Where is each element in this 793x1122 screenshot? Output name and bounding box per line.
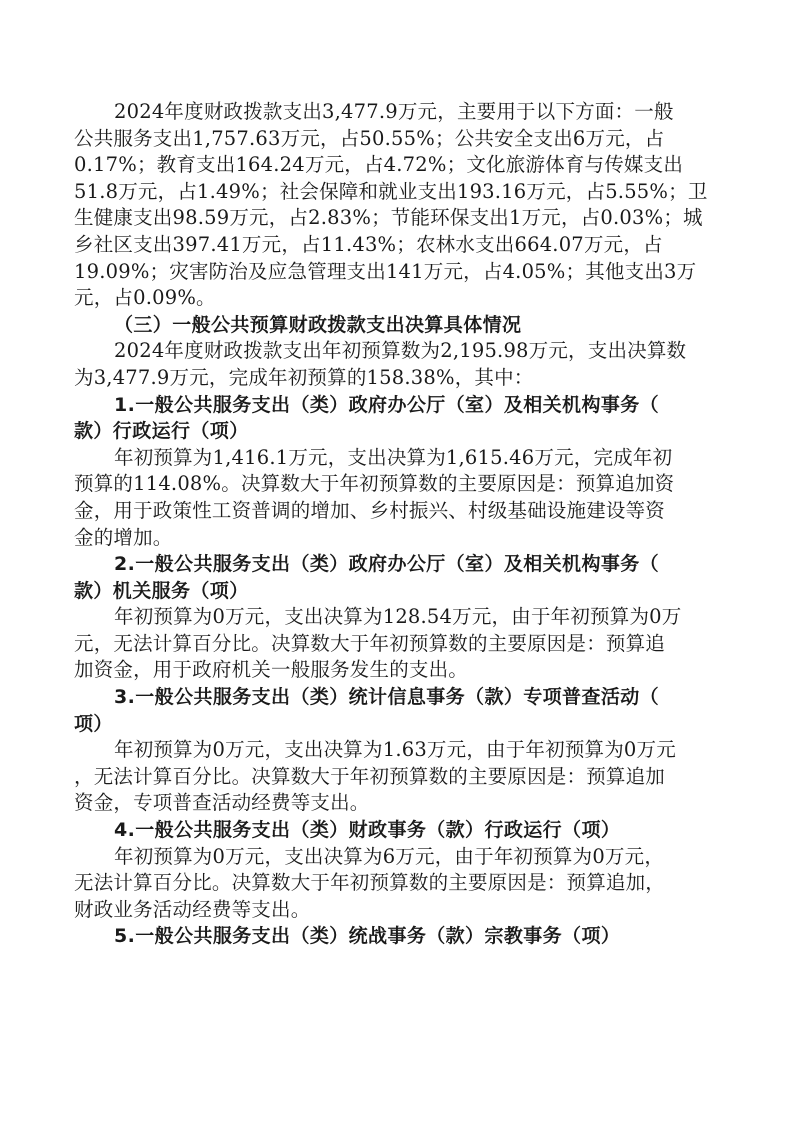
- text-line: 无法计算百分比。决算数大于年初预算数的主要原因是：预算追加，: [74, 870, 714, 897]
- text-line: 资金，专项普查活动经费等支出。: [74, 790, 714, 817]
- item-title: 4.一般公共服务支出（类）财政事务（款）行政运行（项）: [74, 817, 714, 844]
- section-intro-paragraph: 2024年度财政拨款支出年初预算数为2,195.98万元，支出决算数 为3,47…: [74, 338, 714, 391]
- text-line: 公共服务支出1,757.63万元，占50.55%；公共安全支出6万元，占: [74, 126, 714, 153]
- expenditure-item-2: 2.一般公共服务支出（类）政府办公厅（室）及相关机构事务（ 款）机关服务（项） …: [74, 551, 714, 684]
- text-line: 金的增加。: [74, 525, 714, 552]
- text-line: 乡社区支出397.41万元，占11.43%；农林水支出664.07万元，占: [74, 232, 714, 259]
- text-line: 为3,477.9万元，完成年初预算的158.38%，其中：: [74, 365, 714, 392]
- item-title: 3.一般公共服务支出（类）统计信息事务（款）专项普查活动（: [74, 684, 714, 711]
- item-title: 款）行政运行（项）: [74, 418, 714, 445]
- expenditure-item-1: 1.一般公共服务支出（类）政府办公厅（室）及相关机构事务（ 款）行政运行（项） …: [74, 392, 714, 552]
- text-line: 0.17%；教育支出164.24万元，占4.72%；文化旅游体育与传媒支出: [74, 152, 714, 179]
- text-line: 元，无法计算百分比。决算数大于年初预算数的主要原因是：预算追: [74, 631, 714, 658]
- text-line: 元，占0.09%。: [74, 285, 714, 312]
- text-line: 2024年度财政拨款支出3,477.9万元，主要用于以下方面：一般: [74, 99, 714, 126]
- text-line: 2024年度财政拨款支出年初预算数为2,195.98万元，支出决算数: [74, 338, 714, 365]
- summary-paragraph: 2024年度财政拨款支出3,477.9万元，主要用于以下方面：一般 公共服务支出…: [74, 99, 714, 312]
- text-line: 年初预算为0万元，支出决算为1.63万元，由于年初预算为0万元: [74, 737, 714, 764]
- expenditure-item-3: 3.一般公共服务支出（类）统计信息事务（款）专项普查活动（ 项） 年初预算为0万…: [74, 684, 714, 817]
- text-line: 预算的114.08%。决算数大于年初预算数的主要原因是：预算追加资: [74, 471, 714, 498]
- text-line: ，无法计算百分比。决算数大于年初预算数的主要原因是：预算追加: [74, 764, 714, 791]
- text-line: 年初预算为1,416.1万元，支出决算为1,615.46万元，完成年初: [74, 445, 714, 472]
- item-title: 项）: [74, 711, 714, 738]
- item-title: 2.一般公共服务支出（类）政府办公厅（室）及相关机构事务（: [74, 551, 714, 578]
- text-line: 生健康支出98.59万元，占2.83%；节能环保支出1万元，占0.03%；城: [74, 205, 714, 232]
- text-line: 金，用于政策性工资普调的增加、乡村振兴、村级基础设施建设等资: [74, 498, 714, 525]
- section-heading: （三）一般公共预算财政拨款支出决算具体情况: [74, 312, 714, 339]
- item-title: 5.一般公共服务支出（类）统战事务（款）宗教事务（项）: [74, 923, 714, 950]
- document-page: 2024年度财政拨款支出3,477.9万元，主要用于以下方面：一般 公共服务支出…: [74, 99, 714, 950]
- item-title: 款）机关服务（项）: [74, 578, 714, 605]
- item-title: 1.一般公共服务支出（类）政府办公厅（室）及相关机构事务（: [74, 392, 714, 419]
- expenditure-item-4: 4.一般公共服务支出（类）财政事务（款）行政运行（项） 年初预算为0万元，支出决…: [74, 817, 714, 923]
- expenditure-item-5: 5.一般公共服务支出（类）统战事务（款）宗教事务（项）: [74, 923, 714, 950]
- text-line: 财政业务活动经费等支出。: [74, 897, 714, 924]
- text-line: 年初预算为0万元，支出决算为6万元，由于年初预算为0万元，: [74, 844, 714, 871]
- text-line: 加资金，用于政府机关一般服务发生的支出。: [74, 657, 714, 684]
- text-line: 19.09%；灾害防治及应急管理支出141万元，占4.05%；其他支出3万: [74, 259, 714, 286]
- text-line: 年初预算为0万元，支出决算为128.54万元，由于年初预算为0万: [74, 604, 714, 631]
- text-line: 51.8万元，占1.49%；社会保障和就业支出193.16万元，占5.55%；卫: [74, 179, 714, 206]
